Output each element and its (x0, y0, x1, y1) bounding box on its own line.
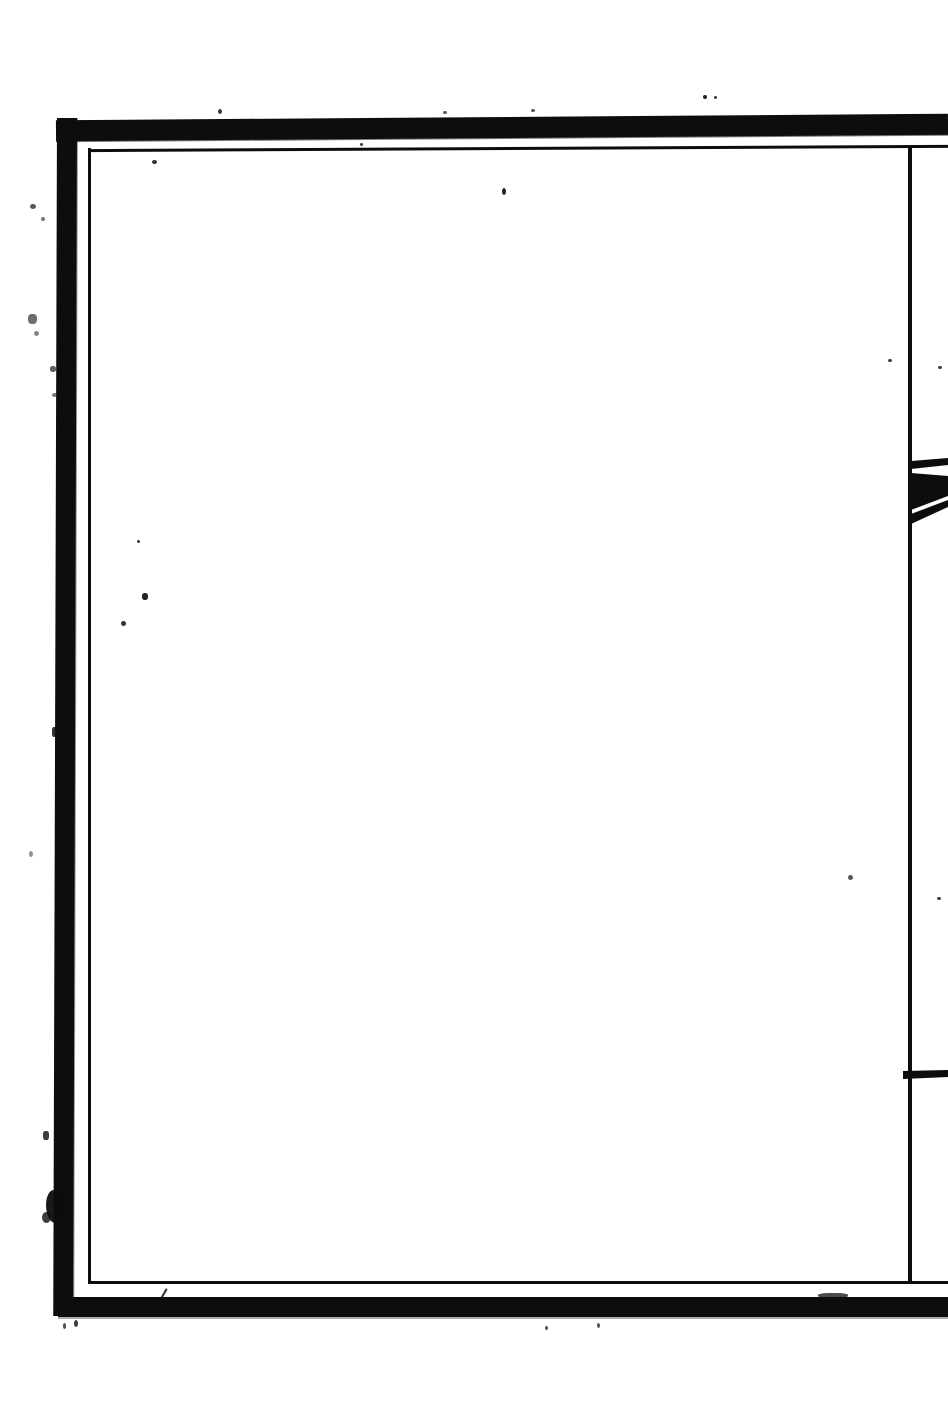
scan-speck (531, 109, 535, 112)
scan-speck (137, 540, 140, 543)
scan-speck (937, 897, 941, 900)
scan-speck (74, 1320, 78, 1327)
scan-speck (28, 314, 37, 324)
scan-speck (703, 95, 707, 99)
inner-rule-top (88, 145, 948, 152)
scan-speck (218, 109, 222, 114)
inner-rule-bottom (88, 1281, 948, 1284)
scan-speck (42, 1212, 51, 1223)
scan-speck (50, 366, 56, 372)
scan-speck (597, 1323, 600, 1328)
fragment-diagonal-stripe (911, 500, 948, 524)
scan-speck (938, 366, 942, 369)
outer-border-left-band (53, 118, 77, 1316)
scan-speck (848, 875, 853, 880)
scan-speck (443, 111, 447, 114)
scan-speck (29, 851, 33, 857)
scan-speck (30, 204, 36, 209)
scan-speck (152, 160, 157, 164)
scan-speck (63, 1323, 66, 1329)
scan-speck (34, 331, 39, 336)
scan-speck (502, 188, 506, 195)
outer-border-top-band (56, 114, 948, 142)
page-gutter-rule (908, 145, 912, 1284)
scan-speck (43, 1131, 49, 1140)
fragment-black-wedge (911, 473, 948, 510)
inner-rule-left (88, 148, 91, 1284)
noise-specks-layer (0, 0, 948, 1412)
scan-speck (545, 1326, 548, 1330)
scan-speck (142, 593, 148, 600)
scan-speck (888, 359, 892, 362)
scan-speck (41, 217, 45, 221)
adjacent-page-fragments (0, 0, 948, 1412)
fragment-rule-upper (911, 458, 948, 469)
scan-speck (121, 621, 126, 626)
scanned-book-page (0, 0, 948, 1412)
scan-speck (714, 96, 717, 99)
scan-speck (360, 143, 363, 146)
outer-border-bottom-band (58, 1297, 948, 1317)
